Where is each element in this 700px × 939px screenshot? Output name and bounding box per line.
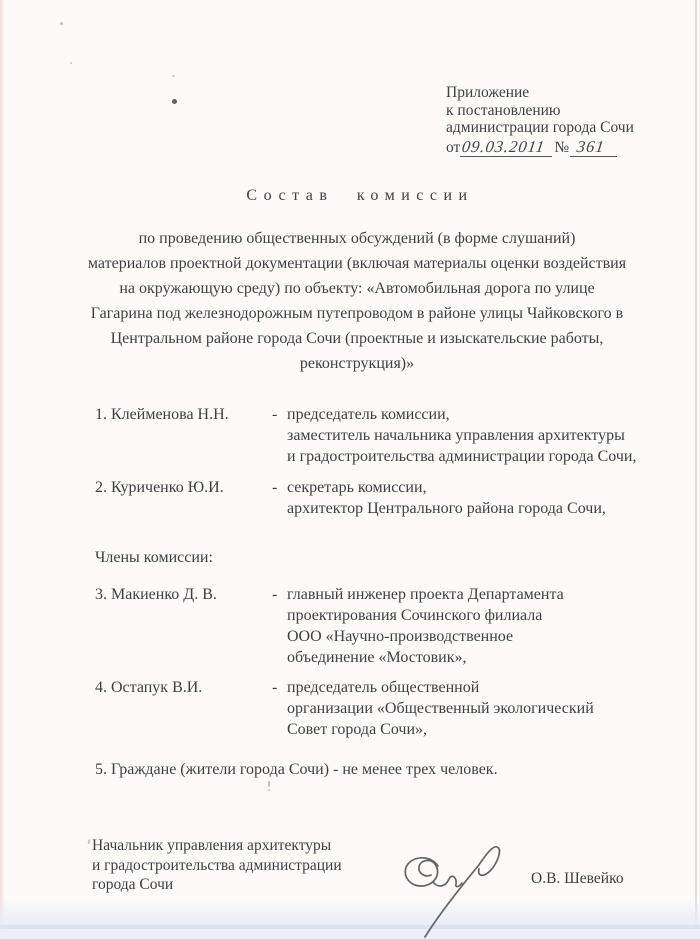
member-role-line: и градостроительства администрации город… (287, 446, 670, 467)
footer-line: города Сочи (92, 875, 342, 895)
member-role: председатель комиссии, заместитель начал… (287, 404, 670, 467)
intro-line: по проведению общественных обсуждений (в… (48, 226, 666, 251)
scanned-document-page: Приложение к постановлению администрации… (0, 0, 700, 939)
scan-speck (268, 789, 270, 791)
member-name: 2. Куриченко Ю.И. (95, 477, 272, 519)
scan-band-bottom (0, 898, 700, 939)
annex-line: к постановлению (446, 102, 634, 120)
item-number: 5. (95, 761, 107, 778)
member-role-line: председатель комиссии, (287, 404, 670, 425)
footer-line: Начальник управления архитектуры (92, 836, 342, 856)
date-prefix-label: от (446, 139, 460, 156)
member-role-line: главный инженер проекта Департамента (287, 584, 670, 605)
scan-edge-right (695, 0, 697, 939)
member-role-line: проектирования Сочинского филиала (287, 605, 670, 626)
dash-separator: - (272, 404, 287, 467)
member-name: 1. Клейменова Н.Н. (95, 404, 272, 467)
scan-speck (87, 839, 90, 844)
item-text: Граждане (жители города Сочи) - не менее… (111, 761, 498, 778)
member-role: секретарь комиссии, архитектор Центральн… (287, 477, 670, 519)
member-number: 4. (95, 679, 107, 696)
dash-separator: - (272, 477, 287, 519)
member-role: главный инженер проекта Департамента про… (287, 584, 670, 668)
scan-speck (60, 22, 63, 25)
member-number: 2. (95, 479, 107, 496)
intro-line: Центральном районе города Сочи (проектны… (48, 326, 666, 351)
members-heading: Члены комиссии: (95, 549, 213, 567)
intro-line: реконструкция)» (48, 351, 666, 376)
member-number: 3. (95, 586, 107, 603)
intro-line: на окружающую среду) по объекту: «Автомо… (48, 276, 666, 301)
handwritten-number: 361 (570, 139, 617, 157)
member-name-text: Макиенко Д. В. (111, 586, 217, 603)
member-role-line: организации «Общественный экологический (287, 698, 670, 719)
member-role-line: председатель общественной (287, 677, 670, 698)
scan-speck (70, 62, 72, 64)
scan-band-line (0, 925, 700, 929)
signatory-position-block: Начальник управления архитектуры и градо… (92, 836, 342, 895)
member-name-text: Остапук В.И. (111, 679, 202, 696)
page-title: Состав комиссии (20, 187, 700, 205)
dash-separator: - (272, 677, 287, 740)
scan-speck (172, 99, 177, 104)
member-name-text: Клейменова Н.Н. (111, 406, 229, 423)
signature-tilde-stroke (433, 876, 462, 886)
member-role-line: объединение «Мостовик», (287, 647, 670, 668)
dash-separator: - (272, 584, 287, 668)
member-role-line: архитектор Центрального района города Со… (287, 498, 670, 519)
commission-member-row: 2. Куриченко Ю.И. - секретарь комиссии, … (95, 477, 670, 519)
member-role: председатель общественной организации «О… (287, 677, 670, 740)
member-role-line: заместитель начальника управления архите… (287, 425, 670, 446)
commission-member-row: 3. Макиенко Д. В. - главный инженер прое… (95, 584, 670, 668)
member-number: 1. (95, 406, 107, 423)
scan-speck (268, 781, 270, 787)
handwritten-date: 09.03.2011 (460, 139, 552, 157)
commission-member-row: 4. Остапук В.И. - председатель обществен… (95, 677, 670, 740)
member-name-text: Куриченко Ю.И. (111, 479, 224, 496)
annex-line: Приложение (446, 84, 634, 102)
number-sign-label: № (554, 139, 569, 156)
scan-edge-left (0, 0, 5, 939)
signature-image (398, 833, 523, 939)
annex-line: администрации города Сочи (446, 119, 634, 137)
member-name: 3. Макиенко Д. В. (95, 584, 272, 668)
annex-reference-block: Приложение к постановлению администрации… (446, 84, 634, 157)
annex-date-line: от09.03.2011№361 (446, 139, 634, 157)
commission-member-row: 1. Клейменова Н.Н. - председатель комисс… (95, 404, 670, 467)
member-role-line: Совет города Сочи», (287, 719, 670, 740)
signer-name: О.В. Шевейко (531, 870, 624, 888)
citizens-item: 5. Граждане (жители города Сочи) - не ме… (95, 761, 498, 779)
intro-paragraph: по проведению общественных обсуждений (в… (48, 226, 666, 376)
member-role-line: ООО «Научно-производственное (287, 626, 670, 647)
intro-line: Гагарина под железнодорожным путепроводо… (48, 301, 666, 326)
member-name: 4. Остапук В.И. (95, 677, 272, 740)
intro-line: материалов проектной документации (включ… (48, 251, 666, 276)
scan-speck (172, 75, 175, 77)
member-role-line: секретарь комиссии, (287, 477, 670, 498)
footer-line: и градостроительства администрации (92, 856, 342, 876)
signature-flourish-stroke (425, 847, 499, 937)
